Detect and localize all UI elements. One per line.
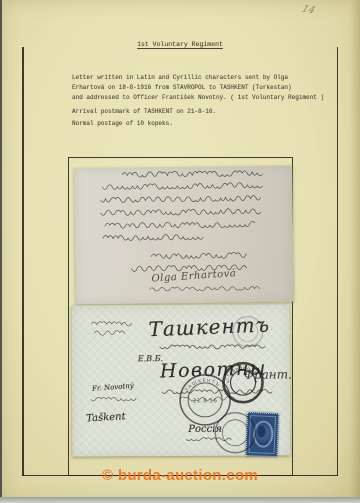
- description-line: Letter written in Latin and Cyrillic cha…: [72, 73, 338, 83]
- stamp-cancel-postmark: [215, 413, 255, 453]
- handwritten-letter: Olga Erhartová: [74, 166, 294, 305]
- arrival-postmark-date: 21.8.16: [193, 398, 218, 404]
- origin-postmark: СТАВРОПОЛЬ * *: [223, 363, 262, 402]
- description-block: Letter written in Latin and Cyrillic cha…: [72, 73, 338, 129]
- page-number: 14: [300, 4, 324, 18]
- description-line: Erhartová on 18-8-1916 from STAVROPOL to…: [72, 83, 338, 93]
- description-line: and addressed to Officer František Novot…: [72, 93, 338, 103]
- postmark-star: *: [227, 381, 230, 387]
- photo-background: 14 1st Voluntary Regiment Letter written…: [0, 0, 360, 503]
- handwriting-line: [103, 232, 203, 246]
- album-page: 14 1st Voluntary Regiment Letter written…: [0, 0, 360, 503]
- watermark: © burda-auction.com: [90, 467, 270, 484]
- page-title-row: 1st Voluntary Regiment: [0, 33, 360, 51]
- description-line: Normal postage of 10 kopeks.: [72, 119, 338, 129]
- page-title: 1st Voluntary Regiment: [137, 41, 223, 48]
- page-edge-shadow: [350, 0, 360, 497]
- faint-postmark: [233, 317, 263, 347]
- frame-left-line: [22, 47, 24, 476]
- postmark-star: *: [255, 381, 258, 387]
- photo-edge-left: [0, 0, 2, 498]
- postmarks-layer: ТАШКЕНТЪ 21.8.16 СТАВРОПОЛЬ * *: [72, 304, 291, 456]
- photo-edge-bottom: [0, 497, 360, 503]
- signature-flourish: [150, 284, 262, 295]
- envelope: Ташкентъ Е.В.Б. Новотны Франт. Fr. Novot…: [72, 304, 291, 456]
- description-line: Arrival postmark of TASHKENT on 21-8-16.: [72, 107, 338, 117]
